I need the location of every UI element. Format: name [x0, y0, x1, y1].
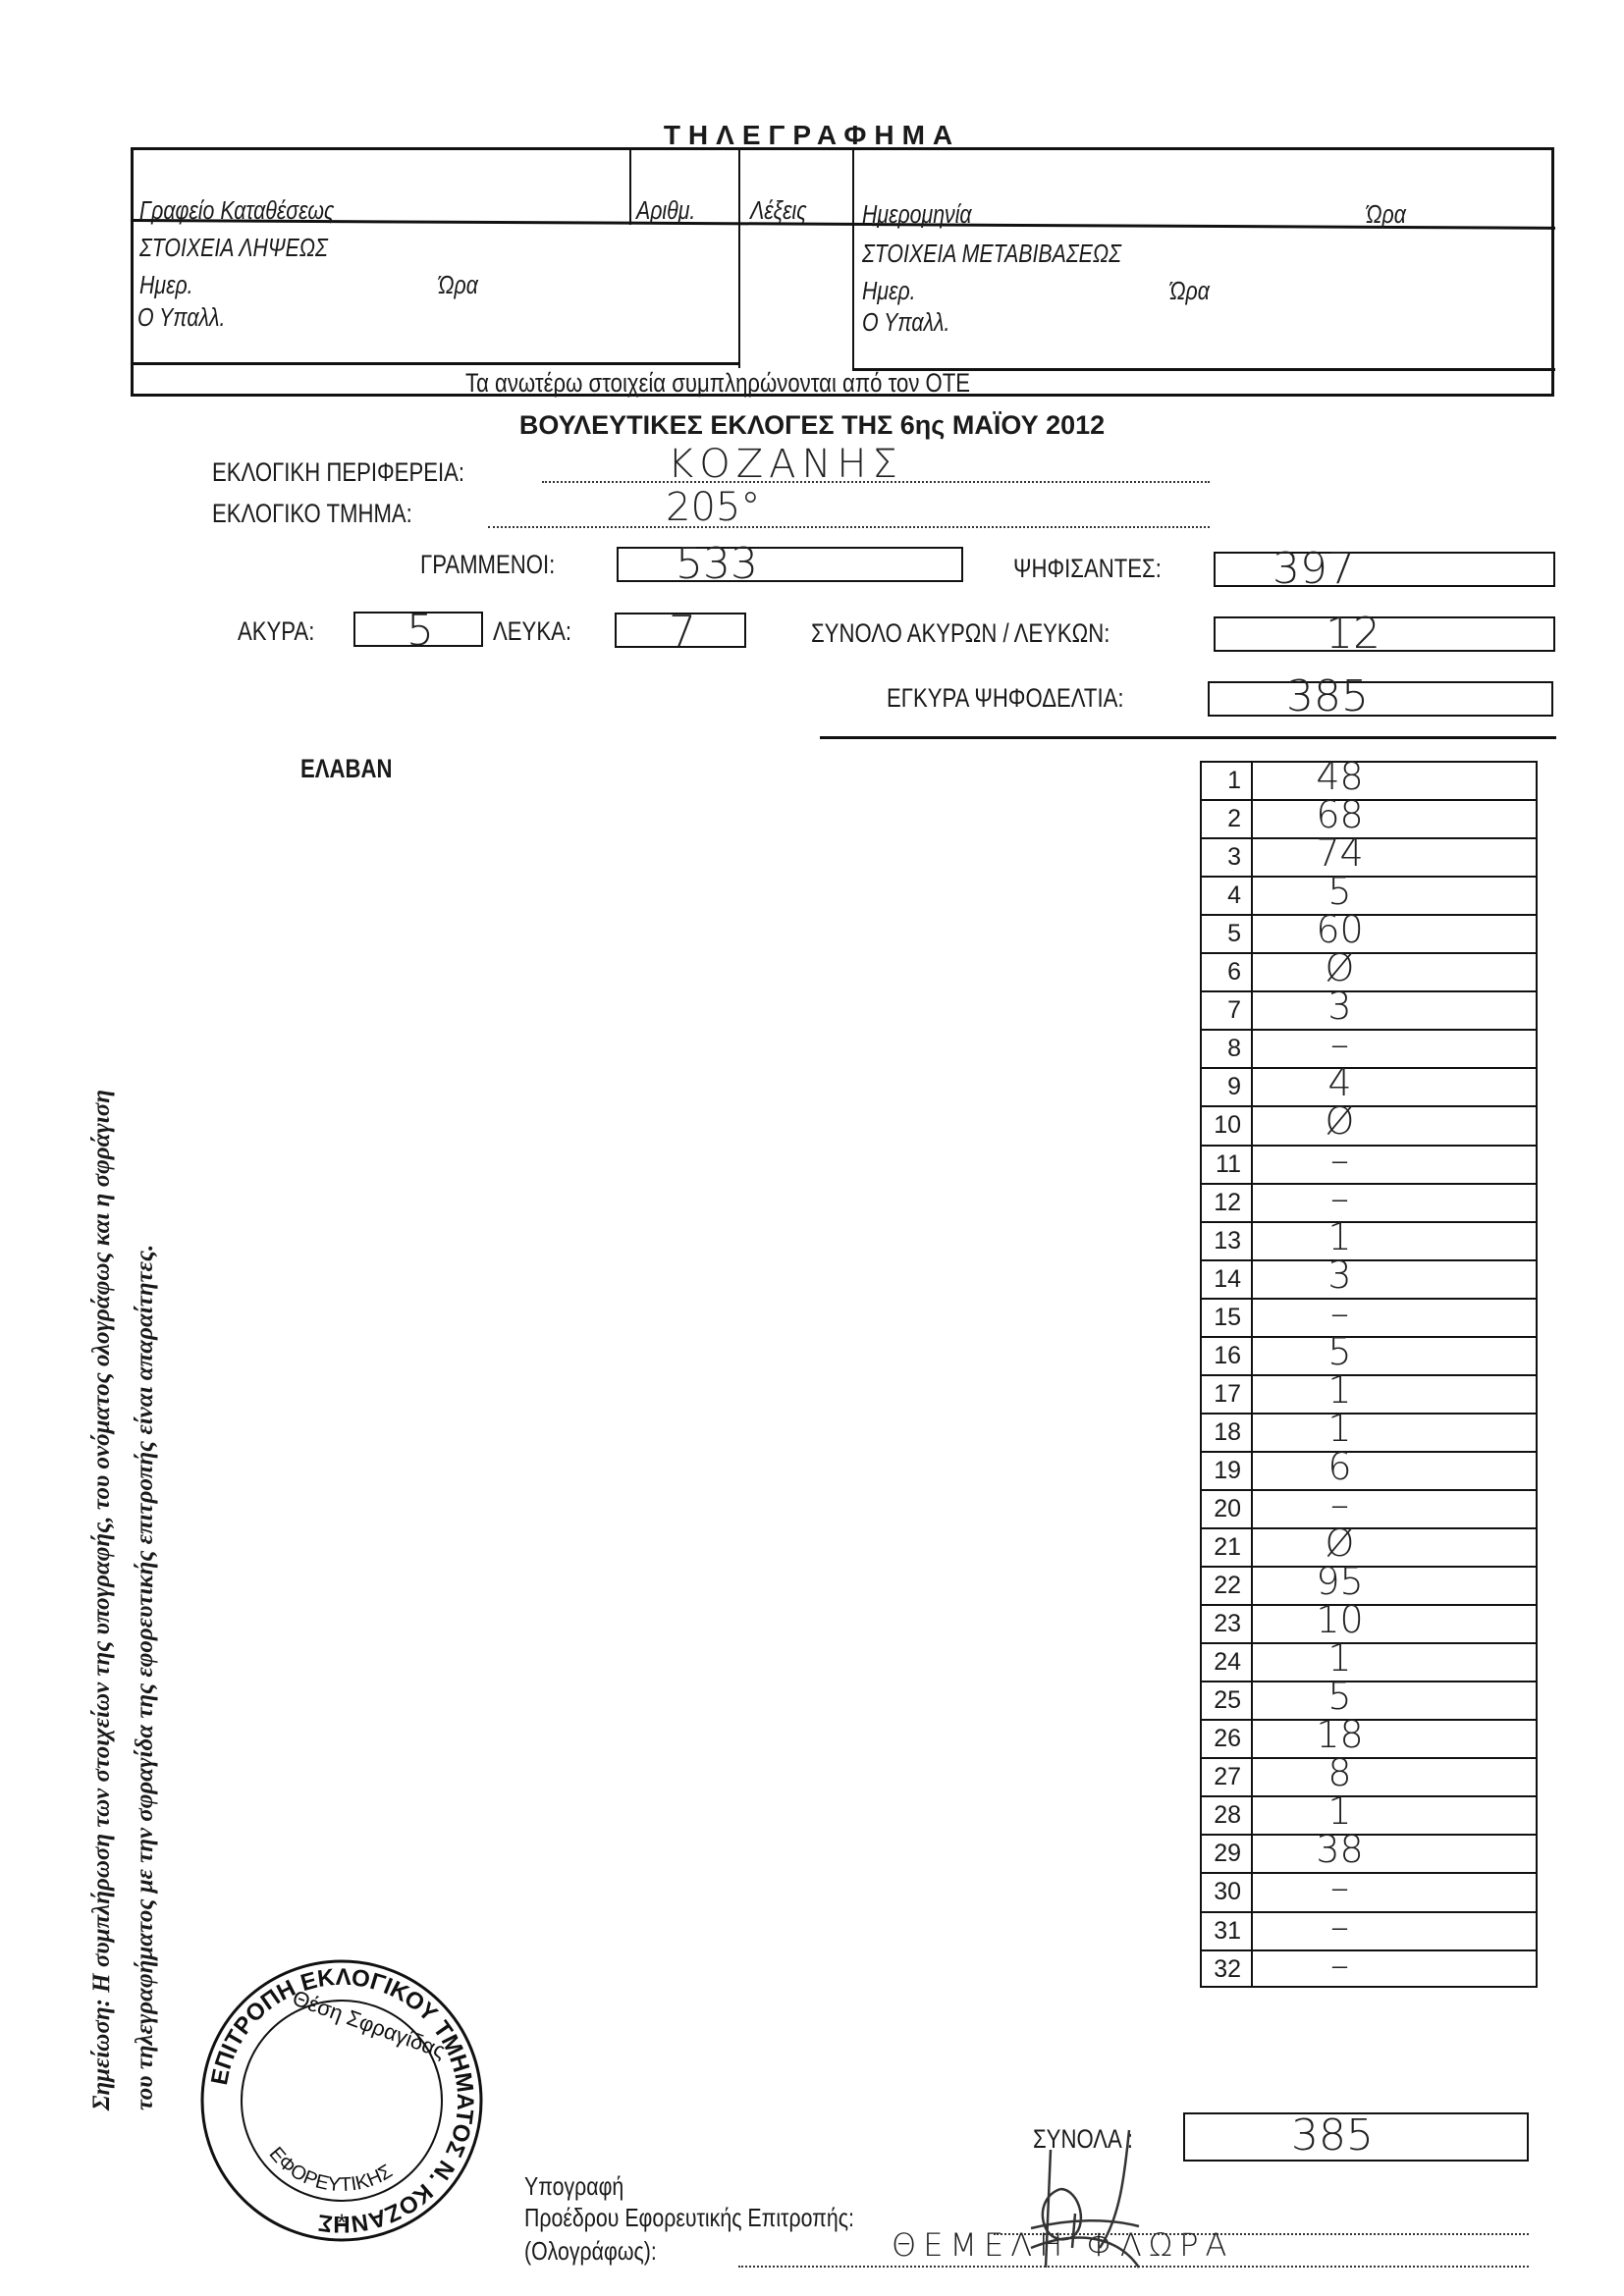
- party-number: 5: [1200, 920, 1241, 948]
- party-number: 29: [1200, 1840, 1241, 1868]
- blank-label: ΛΕΥΚΑ:: [493, 616, 589, 647]
- words-label: Λέξεις: [750, 195, 819, 226]
- party-votes[interactable]: 1: [1251, 1215, 1429, 1258]
- party-votes[interactable]: Ø: [1251, 1522, 1429, 1565]
- ote-header-box: Γραφείο Καταθέσεως Αριθμ. Λέξεις Ημερομη…: [131, 147, 1554, 397]
- party-votes[interactable]: 74: [1251, 831, 1429, 875]
- registered-label: ΓΡΑΜΜΕΝΟΙ:: [420, 550, 584, 580]
- party-number: 23: [1200, 1610, 1241, 1638]
- party-votes[interactable]: –: [1251, 1292, 1429, 1335]
- party-number: 30: [1200, 1878, 1241, 1906]
- signature-scribble-icon: [1021, 2120, 1178, 2277]
- ote-note: Τα ανωτέρω στοιχεία συμπληρώνονται από τ…: [465, 368, 1081, 399]
- district-label: ΕΚΛΟΓΙΚΗ ΠΕΡΙΦΕΡΕΙΑ:: [212, 457, 519, 488]
- party-number: 19: [1200, 1457, 1241, 1485]
- party-votes[interactable]: –: [1251, 1483, 1429, 1526]
- invalid-label: ΑΚΥΡΑ:: [238, 616, 332, 647]
- party-votes[interactable]: 18: [1251, 1713, 1429, 1756]
- party-number: 28: [1200, 1801, 1241, 1830]
- transmission-time-label: Ώρα: [1169, 276, 1218, 306]
- party-number: 12: [1200, 1189, 1241, 1217]
- party-votes[interactable]: –: [1251, 1177, 1429, 1220]
- district-value[interactable]: ΚΟΖΑΝΗΣ: [668, 442, 903, 487]
- party-number: 16: [1200, 1342, 1241, 1370]
- date-label: Ημερομηνία: [862, 199, 996, 230]
- party-votes[interactable]: 48: [1251, 755, 1429, 798]
- time-label: Ώρα: [1366, 199, 1415, 230]
- star-icon: *: [337, 2210, 346, 2236]
- receipt-time-label: Ώρα: [438, 270, 487, 300]
- party-votes[interactable]: –: [1251, 1866, 1429, 1909]
- office-label: Γραφείο Καταθέσεως: [139, 195, 377, 226]
- valid-label: ΕΓΚΥΡΑ ΨΗΦΟΔΕΛΤΙΑ:: [887, 683, 1176, 714]
- party-votes[interactable]: 6: [1251, 1445, 1429, 1488]
- party-number: 9: [1200, 1073, 1241, 1101]
- party-number: 31: [1200, 1917, 1241, 1946]
- voted-label: ΨΗΦΙΣΑΝΤΕΣ:: [1013, 554, 1194, 584]
- blank-value: 7: [617, 607, 748, 657]
- blank-field[interactable]: 7: [615, 613, 746, 648]
- receipt-title: ΣΤΟΙΧΕΙΑ ΛΗΨΕΩΣ: [139, 233, 369, 263]
- party-number: 10: [1200, 1111, 1241, 1140]
- party-votes[interactable]: 1: [1251, 1368, 1429, 1412]
- number-label: Αριθμ.: [636, 195, 709, 226]
- section-value[interactable]: 205°: [666, 485, 760, 530]
- party-number: 18: [1200, 1418, 1241, 1447]
- received-heading: ΕΛΑΒΑΝ: [300, 754, 412, 784]
- party-number: 8: [1200, 1035, 1241, 1063]
- voted-field[interactable]: 397: [1214, 552, 1555, 587]
- section-label: ΕΚΛΟΓΙΚΟ ΤΜΗΜΑ:: [212, 499, 457, 529]
- section-dotted-line: [488, 526, 1210, 528]
- registered-field[interactable]: 533: [617, 547, 963, 582]
- party-votes[interactable]: 95: [1251, 1560, 1429, 1603]
- party-votes[interactable]: 5: [1251, 870, 1429, 913]
- party-votes[interactable]: –: [1251, 1139, 1429, 1182]
- party-votes[interactable]: 68: [1251, 793, 1429, 836]
- election-title: ΒΟΥΛΕΥΤΙΚΕΣ ΕΚΛΟΓΕΣ ΤΗΣ 6ης ΜΑΪΟΥ 2012: [0, 410, 1624, 441]
- committee-stamp: ΕΠΙΤΡΟΠΗ ΕΚΛΟΓΙΚΟΥ ΤΜΗΜΑΤΟΣ Ν. ΚΟΖΑΝΗΣ Ε…: [194, 1953, 489, 2248]
- party-votes[interactable]: 8: [1251, 1751, 1429, 1794]
- party-number: 3: [1200, 843, 1241, 872]
- svg-text:ΕΦΟΡΕΥΤΙΚΗΣ: ΕΦΟΡΕΥΤΙΚΗΣ: [265, 2143, 397, 2196]
- party-votes[interactable]: 3: [1251, 1254, 1429, 1297]
- party-votes[interactable]: 1: [1251, 1407, 1429, 1450]
- signature-committee-label: Προέδρου Εφορευτικής Επιτροπής:: [524, 2203, 927, 2233]
- party-votes[interactable]: Ø: [1251, 946, 1429, 989]
- party-number: 25: [1200, 1686, 1241, 1715]
- party-number: 14: [1200, 1265, 1241, 1294]
- party-votes[interactable]: Ø: [1251, 1099, 1429, 1143]
- party-votes[interactable]: 60: [1251, 908, 1429, 951]
- party-number: 20: [1200, 1495, 1241, 1523]
- party-number: 7: [1200, 996, 1241, 1025]
- party-votes[interactable]: 38: [1251, 1828, 1429, 1871]
- side-note-line1: Σημείωση: Η συμπλήρωση των στοιχείων της…: [88, 1090, 116, 2110]
- transmission-clerk-label: Ο Υπαλλ.: [862, 307, 969, 338]
- signature-label: Υπογραφή: [524, 2171, 646, 2202]
- party-number: 1: [1200, 767, 1241, 795]
- party-number: 11: [1200, 1150, 1241, 1179]
- invalid-blank-total-field[interactable]: 12: [1214, 616, 1555, 652]
- party-number: 6: [1200, 958, 1241, 987]
- party-number: 24: [1200, 1648, 1241, 1677]
- party-number: 32: [1200, 1955, 1241, 1984]
- voted-value: 397: [1216, 544, 1412, 594]
- party-number: 15: [1200, 1304, 1241, 1332]
- totals-field[interactable]: 385: [1183, 2112, 1529, 2162]
- party-number: 13: [1200, 1227, 1241, 1255]
- invalid-value: 5: [355, 606, 485, 656]
- party-votes[interactable]: 5: [1251, 1675, 1429, 1718]
- party-votes[interactable]: 3: [1251, 985, 1429, 1028]
- invalid-blank-total-label: ΣΥΝΟΛΟ ΑΚΥΡΩΝ / ΛΕΥΚΩΝ:: [811, 618, 1175, 649]
- party-votes[interactable]: 5: [1251, 1330, 1429, 1373]
- party-votes[interactable]: –: [1251, 1944, 1429, 1987]
- invalid-blank-total-value: 12: [1255, 609, 1451, 659]
- party-number: 4: [1200, 881, 1241, 910]
- side-note-line2: του τηλεγραφήματος με την σφραγίδα της ε…: [132, 1245, 159, 2110]
- invalid-field[interactable]: 5: [353, 612, 483, 647]
- party-number: 2: [1200, 805, 1241, 833]
- party-number: 26: [1200, 1725, 1241, 1753]
- party-votes[interactable]: 10: [1251, 1598, 1429, 1641]
- totals-value: 385: [1234, 2110, 1431, 2161]
- registered-value: 533: [619, 539, 815, 589]
- party-number: 27: [1200, 1763, 1241, 1791]
- party-votes[interactable]: 4: [1251, 1061, 1429, 1104]
- valid-field[interactable]: 385: [1208, 681, 1553, 717]
- receipt-date-label: Ημερ.: [139, 270, 205, 300]
- party-votes[interactable]: –: [1251, 1023, 1429, 1066]
- party-votes[interactable]: 1: [1251, 1636, 1429, 1680]
- full-name-label: (Ολογράφως):: [524, 2236, 685, 2267]
- party-votes[interactable]: –: [1251, 1905, 1429, 1949]
- divider-line: [820, 736, 1556, 739]
- valid-value: 385: [1210, 671, 1445, 721]
- party-number: 21: [1200, 1533, 1241, 1562]
- transmission-date-label: Ημερ.: [862, 276, 928, 306]
- receipt-clerk-label: Ο Υπαλλ.: [137, 302, 244, 333]
- party-number: 22: [1200, 1572, 1241, 1600]
- party-number: 17: [1200, 1380, 1241, 1409]
- party-votes[interactable]: 1: [1251, 1789, 1429, 1833]
- transmission-title: ΣΤΟΙΧΕΙΑ ΜΕΤΑΒΙΒΑΣΕΩΣ: [862, 239, 1178, 269]
- stamp-inner-text: ΕΦΟΡΕΥΤΙΚΗΣ: [265, 2143, 397, 2196]
